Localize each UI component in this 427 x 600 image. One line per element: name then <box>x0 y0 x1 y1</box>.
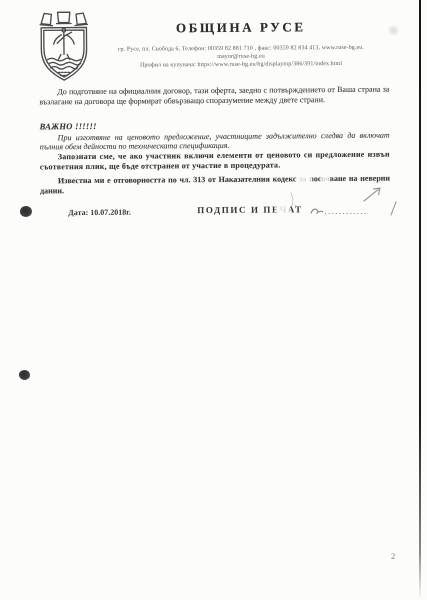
ruse-coat-of-arms-logo <box>36 10 93 82</box>
header-contact-block: гр. Русе, пл. Свобода 6, Телефон: 00359 … <box>91 44 391 71</box>
handwritten-pencil-mark <box>291 193 297 207</box>
handwritten-marks <box>280 172 427 227</box>
date-label: Дата: 10.07.2018г. <box>68 208 131 217</box>
scan-smudge <box>388 24 399 37</box>
document-content: ОБЩИНА РУСЕ гр. Русе, пл. Свобода 6, Тел… <box>0 0 427 600</box>
municipality-title: ОБЩИНА РУСЕ <box>91 19 391 37</box>
scanned-document-page: ОБЩИНА РУСЕ гр. Русе, пл. Свобода 6, Тел… <box>0 0 427 600</box>
handwritten-arrow-mark <box>364 188 380 201</box>
scan-edge-line <box>419 0 421 600</box>
paragraph-exclusion-warning: Запознати сме, че ако участник включи ел… <box>40 150 390 172</box>
coat-of-arms-icon <box>36 10 93 82</box>
page-number: 2 <box>391 551 395 561</box>
handwritten-slash-mark <box>391 202 396 215</box>
header-buyer-profile-line: Профил на купувача: https://www.ruse-bg.… <box>91 60 391 71</box>
paragraph-binding-agreement: До подготвяне на официалния договор, таз… <box>39 85 389 107</box>
handwritten-signature-mark <box>311 209 323 214</box>
document-header: ОБЩИНА РУСЕ гр. Русе, пл. Свобода 6, Тел… <box>91 19 391 71</box>
